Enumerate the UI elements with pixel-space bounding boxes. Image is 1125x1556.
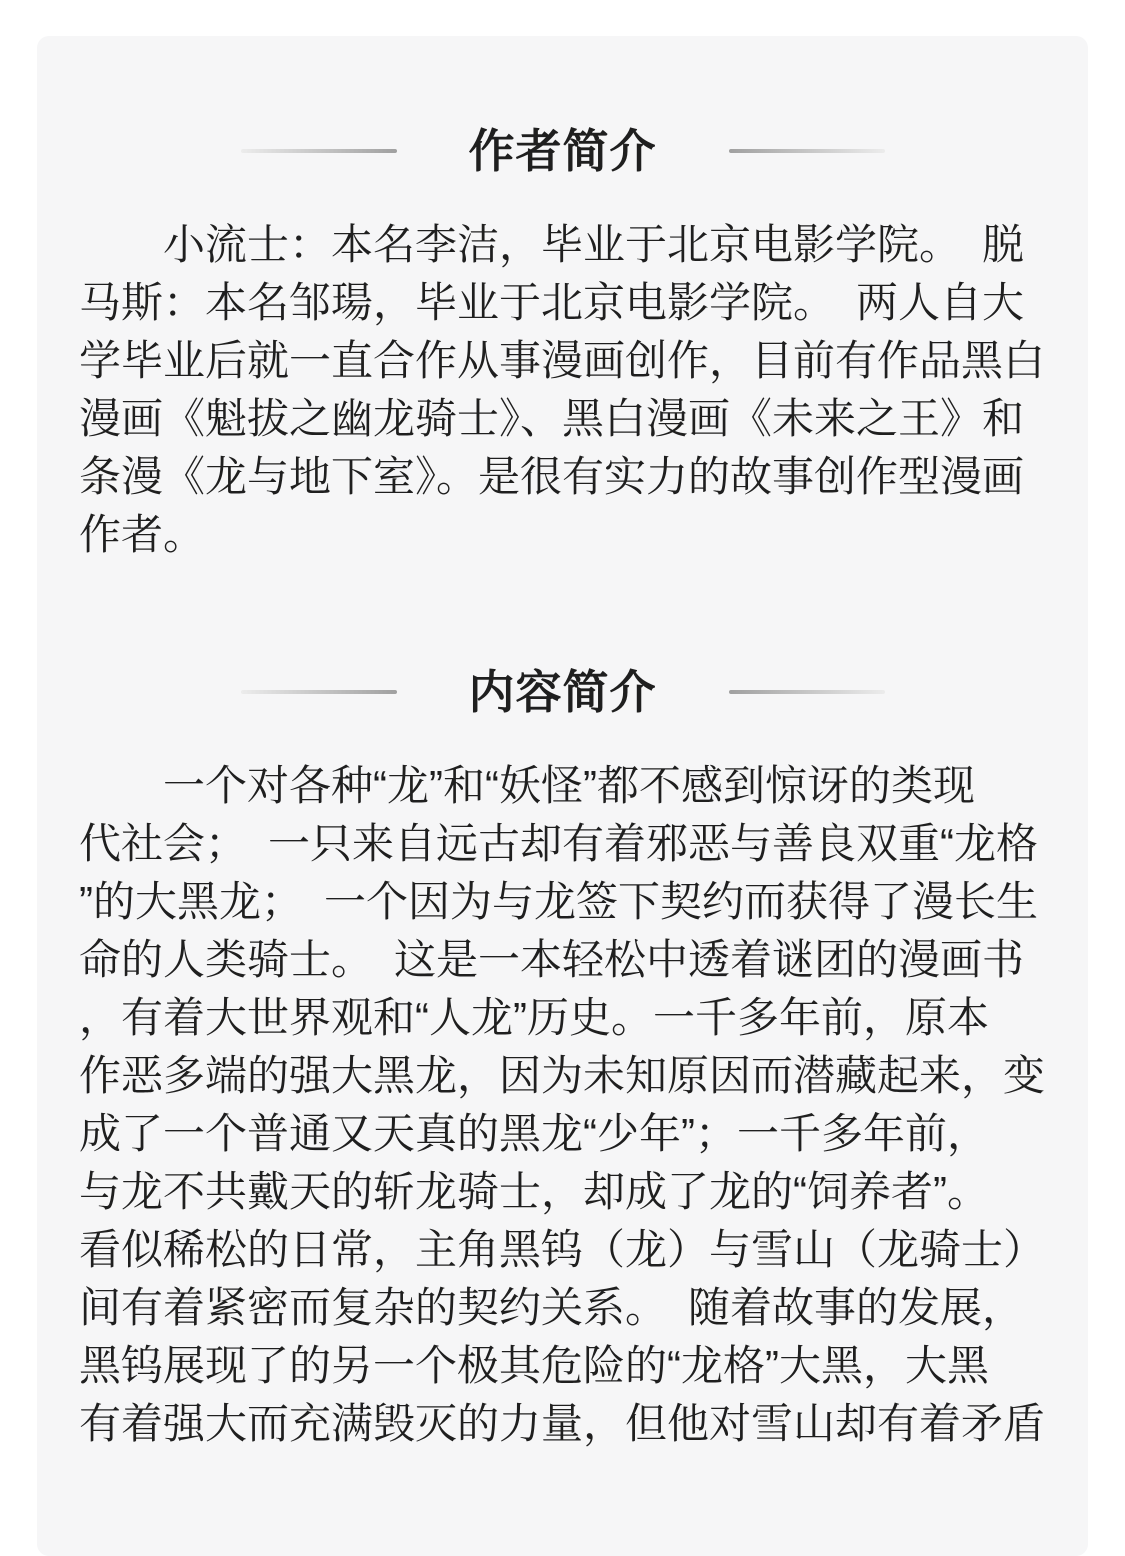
text-line: 代社会； 一只来自远古却有着邪恶与善良双重“龙格 [79,815,1046,873]
heading-deco-line-right [729,149,885,153]
content-paragraph: 一个对各种“龙”和“妖怪”都不感到惊讶的类现代社会； 一只来自远古却有着邪恶与善… [79,757,1046,1453]
text-line: 条漫《龙与地下室》。是很有实力的故事创作型漫画 [79,448,1046,506]
text-line: ，有着大世界观和“人龙”历史。一千多年前，原本 [79,989,1046,1047]
heading-deco-line-left [241,149,397,153]
text-line: 与龙不共戴天的斩龙骑士，却成了龙的“饲养者”。 [79,1163,1046,1221]
content-heading-row: 内容简介 [79,667,1046,717]
text-line: 一个对各种“龙”和“妖怪”都不感到惊讶的类现 [79,757,1046,815]
text-line: 漫画《魁拔之幽龙骑士》、黑白漫画《未来之王》和 [79,390,1046,448]
text-line: 成了一个普通又天真的黑龙“少年”；一千多年前， [79,1105,1046,1163]
text-line: 作恶多端的强大黑龙，因为未知原因而潜藏起来，变 [79,1047,1046,1105]
author-paragraph: 小流士：本名李洁，毕业于北京电影学院。 脱马斯：本名邹瑒，毕业于北京电影学院。 … [79,216,1046,564]
heading-deco-line-right [729,690,885,694]
text-line: 看似稀松的日常，主角黑钨（龙）与雪山（龙骑士） [79,1221,1046,1279]
text-line: 作者。 [79,506,1046,564]
text-line: 间有着紧密而复杂的契约关系。 随着故事的发展， [79,1279,1046,1337]
content-section: 内容简介 一个对各种“龙”和“妖怪”都不感到惊讶的类现代社会； 一只来自远古却有… [79,667,1046,1453]
text-line: 黑钨展现了的另一个极其危险的“龙格”大黑，大黑 [79,1337,1046,1395]
book-description-card: 作者简介 小流士：本名李洁，毕业于北京电影学院。 脱马斯：本名邹瑒，毕业于北京电… [37,36,1088,1476]
text-line: 命的人类骑士。 这是一本轻松中透着谜团的漫画书 [79,931,1046,989]
text-line: ”的大黑龙； 一个因为与龙签下契约而获得了漫长生 [79,873,1046,931]
author-section-title: 作者简介 [469,126,657,176]
text-line: 有着强大而充满毁灭的力量，但他对雪山却有着矛盾 [79,1395,1046,1453]
author-heading-row: 作者简介 [79,126,1046,176]
text-line: 学毕业后就一直合作从事漫画创作，目前有作品黑白 [79,332,1046,390]
text-line: 马斯：本名邹瑒，毕业于北京电影学院。 两人自大 [79,274,1046,332]
author-section: 作者简介 小流士：本名李洁，毕业于北京电影学院。 脱马斯：本名邹瑒，毕业于北京电… [79,126,1046,564]
text-line: 小流士：本名李洁，毕业于北京电影学院。 脱 [79,216,1046,274]
content-section-title: 内容简介 [469,667,657,717]
heading-deco-line-left [241,690,397,694]
